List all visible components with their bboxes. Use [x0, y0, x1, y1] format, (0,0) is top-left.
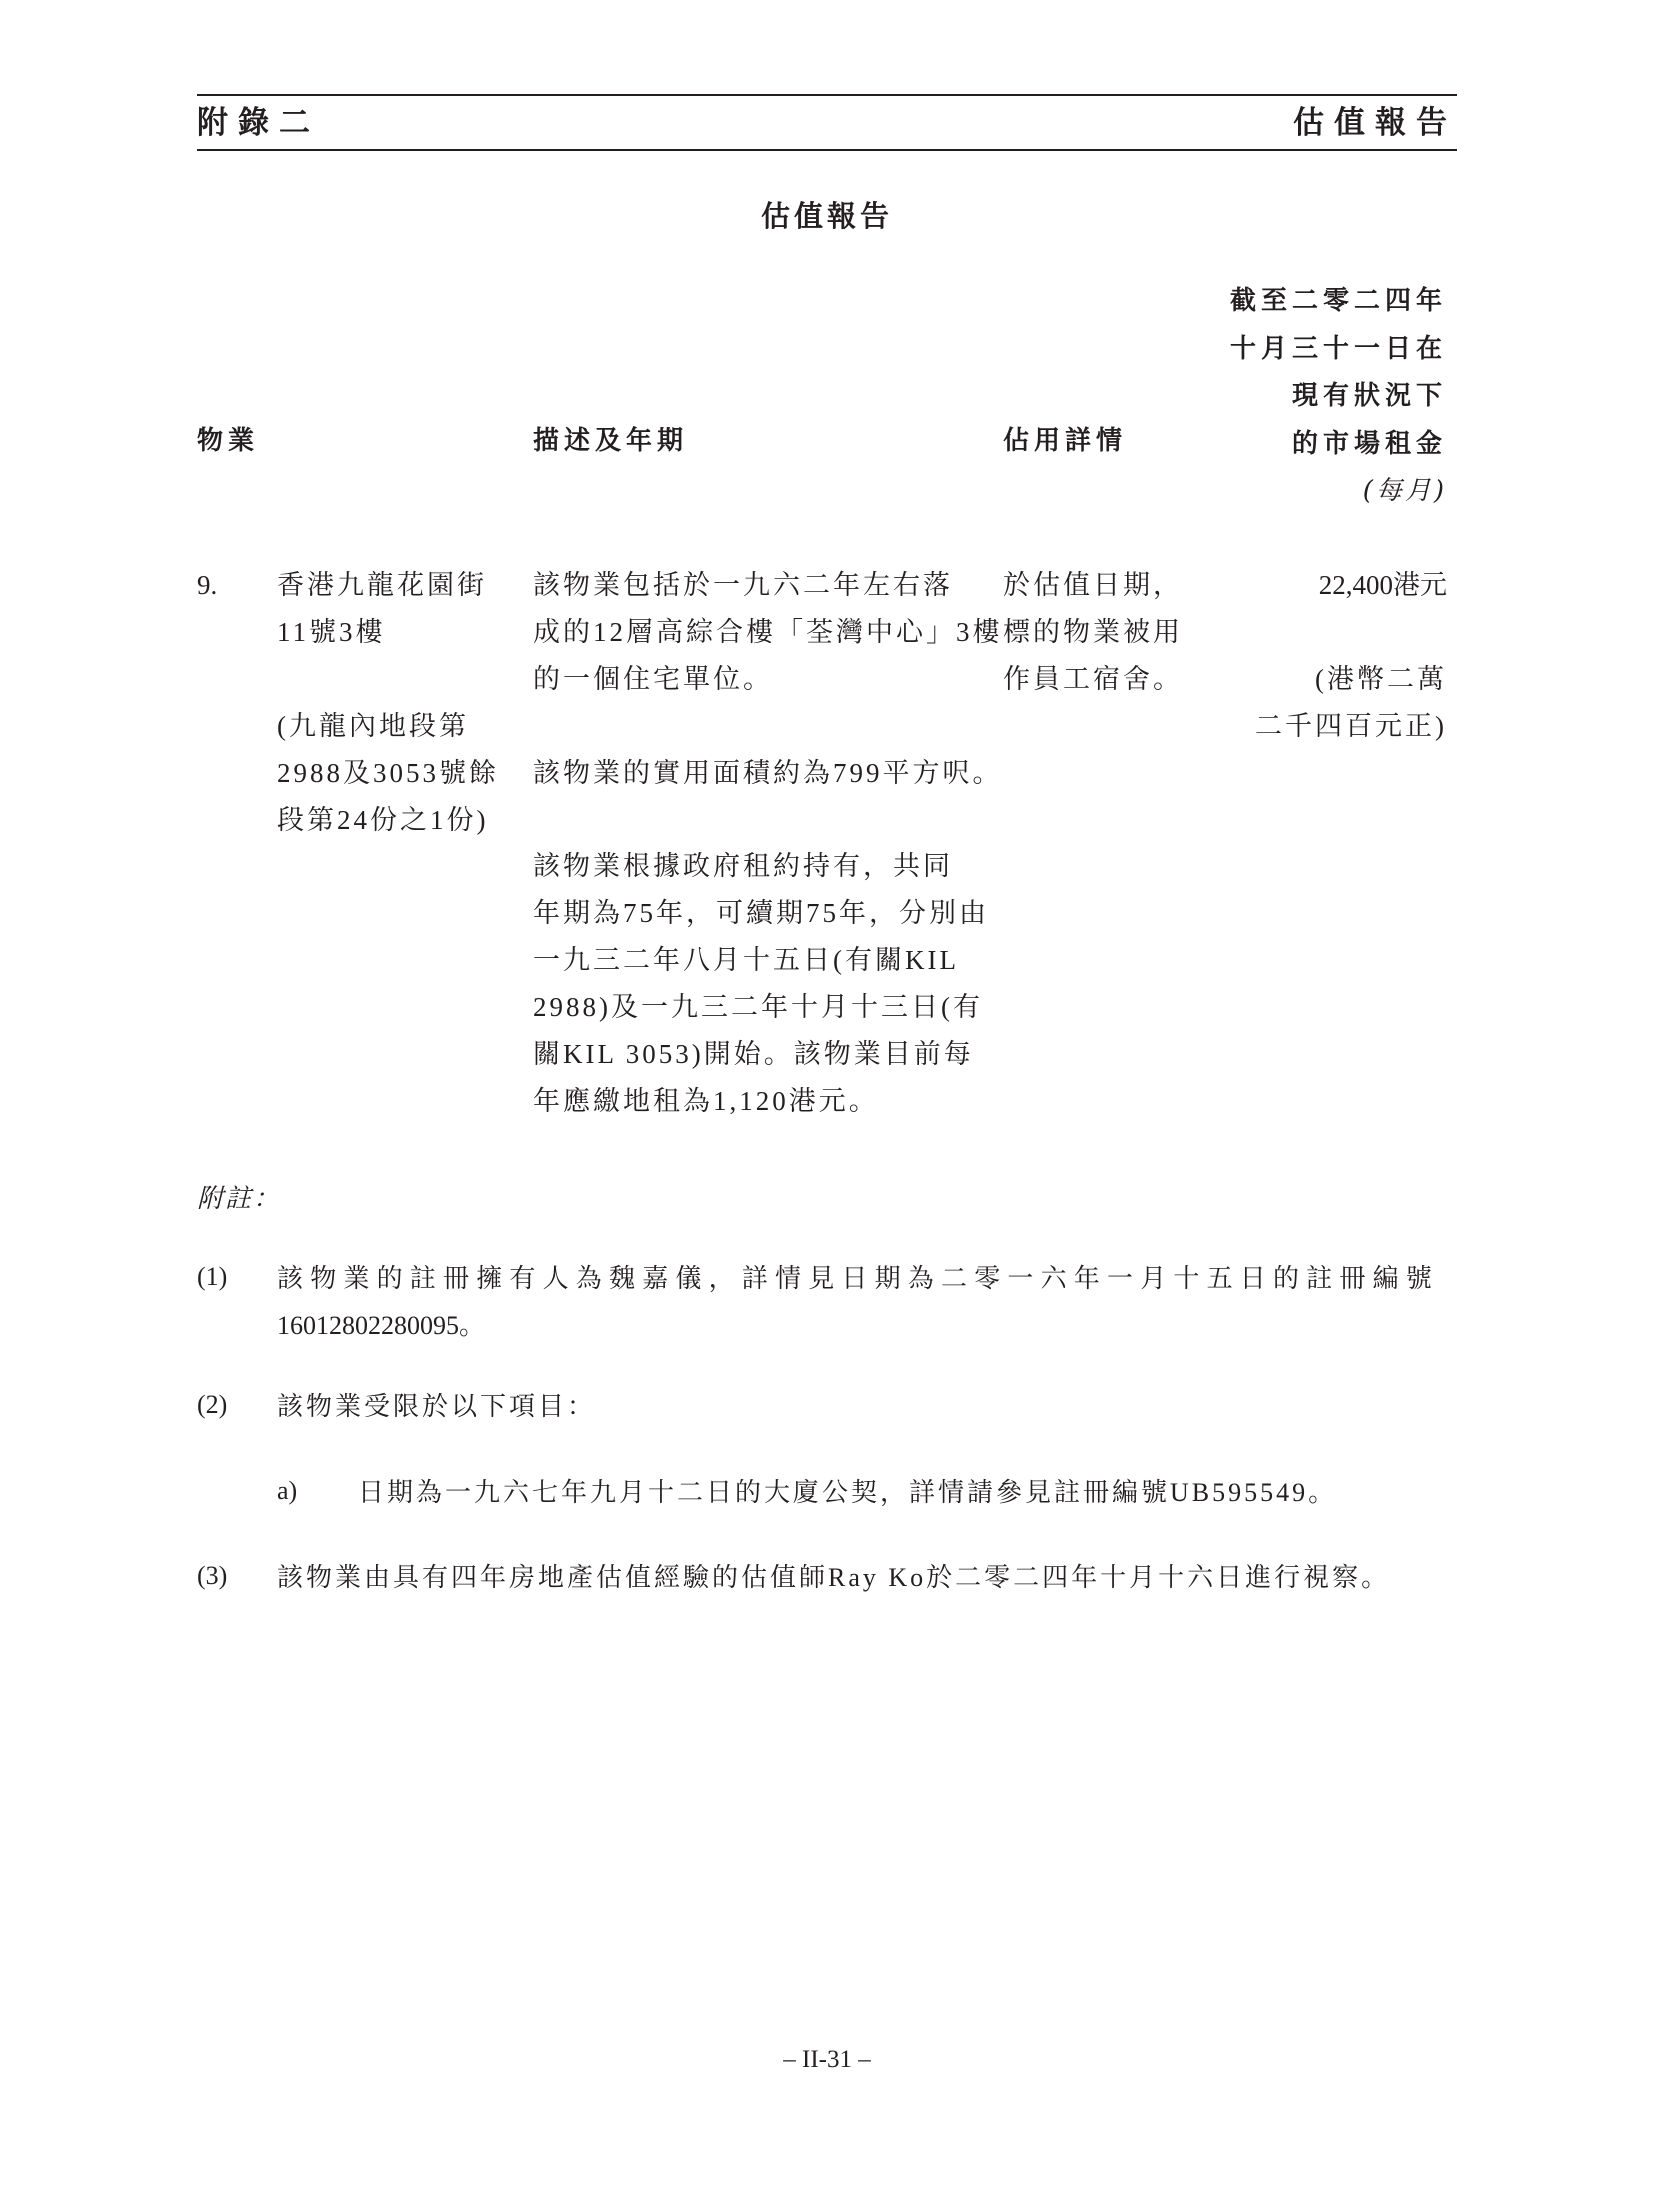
description-line: 年應繳地租為1,120港元。 — [533, 1078, 989, 1125]
note-line: 16012802280095。 — [277, 1302, 1439, 1349]
note-number: (3) — [197, 1561, 227, 1591]
description-line: 關KIL 3053)開始。該物業目前每 — [533, 1031, 989, 1078]
note-text: 該物業由具有四年房地產估值經驗的估值師Ray Ko於二零二四年十月十六日進行視察… — [277, 1554, 1390, 1601]
column-header-description: 描述及年期 — [533, 418, 688, 465]
property-lot: (九龍內地段第 2988及3053號餘 段第24份之1份) — [277, 703, 499, 844]
subnote-number: a) — [277, 1476, 297, 1506]
note-number: (2) — [197, 1390, 227, 1420]
description-line: 成的12層高綜合樓「荃灣中心」3樓 — [533, 609, 1003, 656]
subnote-text: 日期為一九六七年九月十二日的大廈公契，詳情請參見註冊編號UB595549。 — [358, 1469, 1337, 1516]
rent-header-line: 十月三十一日在 — [1230, 326, 1447, 374]
page-number: – II-31 – — [0, 2046, 1654, 2074]
note-text: 該物業的註冊擁有人為魏嘉儀，詳情見日期為二零一六年一月十五日的註冊編號 1601… — [277, 1255, 1439, 1349]
column-header-occupancy: 佔用詳情 — [1003, 418, 1127, 465]
description-line: 2988)及一九三二年十月十三日(有 — [533, 984, 989, 1031]
property-address-line: 11號3樓 — [277, 609, 487, 656]
row-number: 9. — [197, 562, 217, 609]
rent-header-unit: (每月) — [1230, 468, 1447, 516]
occupancy-line: 標的物業被用 — [1003, 609, 1183, 656]
property-lot-line: 2988及3053號餘 — [277, 750, 499, 797]
header-top-rule — [197, 94, 1457, 96]
description-paragraph: 該物業包括於一九六二年左右落 成的12層高綜合樓「荃灣中心」3樓 的一個住宅單位… — [533, 562, 1003, 703]
property-lot-line: (九龍內地段第 — [277, 703, 499, 750]
note-line: 該物業的註冊擁有人為魏嘉儀，詳情見日期為二零一六年一月十五日的註冊編號 — [277, 1255, 1439, 1302]
occupancy-line: 於估值日期， — [1003, 562, 1183, 609]
rent-header-line: 的市場租金 — [1230, 421, 1447, 469]
property-address-line: 香港九龍花園街 — [277, 562, 487, 609]
description-line: 該物業的實用面積約為799平方呎。 — [533, 750, 1003, 797]
rent-header-line: 現有狀況下 — [1230, 373, 1447, 421]
description-paragraph: 該物業根據政府租約持有，共同 年期為75年，可續期75年，分別由 一九三二年八月… — [533, 843, 989, 1125]
header-appendix-label: 附錄二 — [197, 103, 320, 143]
page-title: 估值報告 — [0, 196, 1654, 236]
description-line: 的一個住宅單位。 — [533, 656, 1003, 703]
column-header-market-rent: 截至二零二四年 十月三十一日在 現有狀況下 的市場租金 (每月) — [1230, 278, 1447, 516]
description-line: 年期為75年，可續期75年，分別由 — [533, 890, 989, 937]
notes-label: 附註： — [197, 1178, 281, 1215]
rent-words-line: 二千四百元正) — [1255, 703, 1447, 750]
occupancy-line: 作員工宿舍。 — [1003, 656, 1183, 703]
column-header-property: 物業 — [197, 418, 259, 465]
rent-header-line: 截至二零二四年 — [1230, 278, 1447, 326]
market-rent-in-words: (港幣二萬 二千四百元正) — [1255, 656, 1447, 750]
rent-words-line: (港幣二萬 — [1255, 656, 1447, 703]
description-line: 該物業包括於一九六二年左右落 — [533, 562, 1003, 609]
header-bottom-rule — [197, 149, 1457, 151]
description-paragraph: 該物業的實用面積約為799平方呎。 — [533, 750, 1003, 797]
description-line: 該物業根據政府租約持有，共同 — [533, 843, 989, 890]
note-text: 該物業受限於以下項目： — [277, 1383, 596, 1430]
market-rent-value: 22,400港元 — [1319, 562, 1447, 609]
occupancy-details: 於估值日期， 標的物業被用 作員工宿舍。 — [1003, 562, 1183, 703]
property-lot-line: 段第24份之1份) — [277, 797, 499, 844]
description-line: 一九三二年八月十五日(有關KIL — [533, 937, 989, 984]
note-number: (1) — [197, 1262, 227, 1292]
header-section-label: 估值報告 — [1293, 103, 1457, 143]
property-address: 香港九龍花園街 11號3樓 — [277, 562, 487, 656]
